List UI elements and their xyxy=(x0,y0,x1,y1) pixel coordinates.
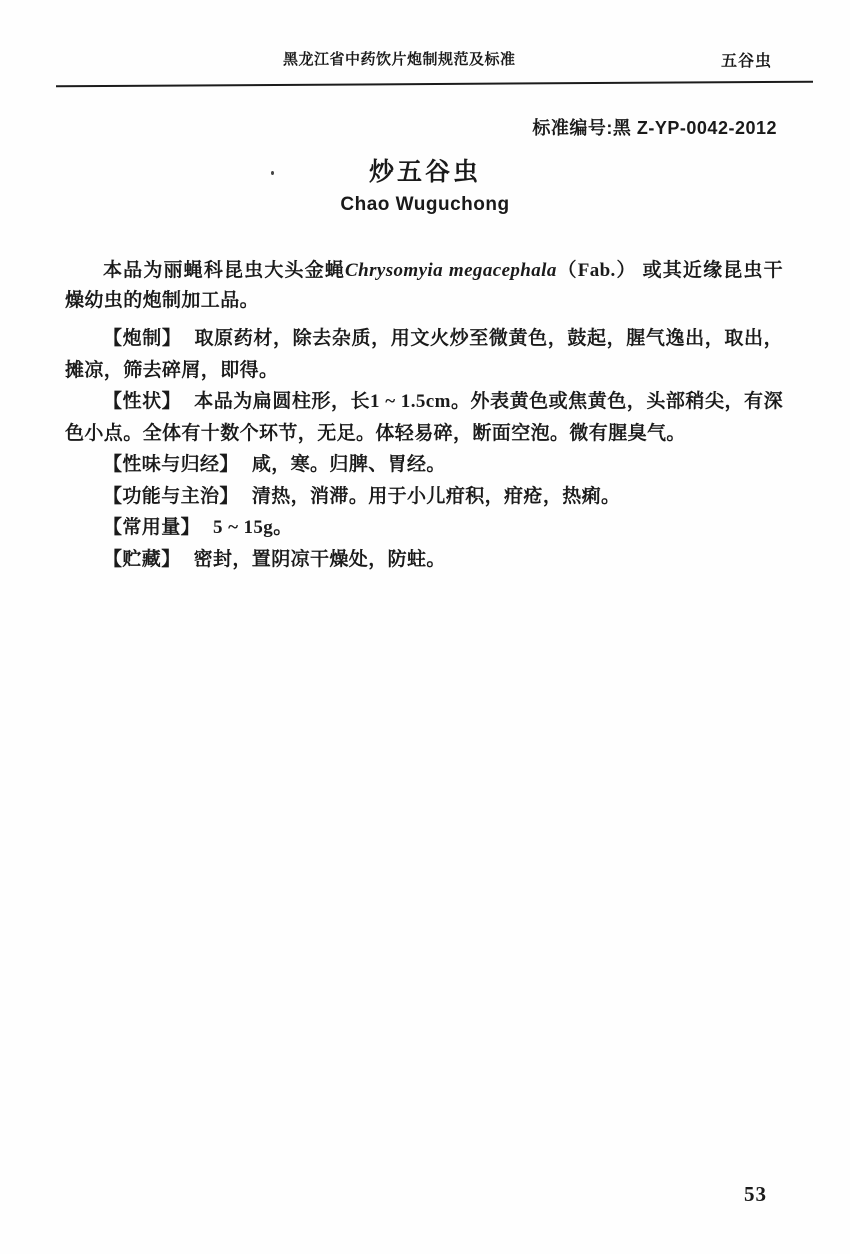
entry-label: 【贮藏】 xyxy=(103,549,181,570)
page-title: 炒五谷虫 xyxy=(0,152,850,188)
entry-label: 【常用量】 xyxy=(103,517,200,538)
entry-label: 【性味与归经】 xyxy=(103,454,239,475)
section-title: 五谷虫 xyxy=(721,48,772,71)
header-rule xyxy=(56,81,813,88)
entry-paozhi: 【炮制】取原药材，除去杂质，用文火炒至微黄色，鼓起，腥气逸出，取出，摊凉，筛去碎… xyxy=(65,323,783,386)
book-title: 黑龙江省中药饮片炮制规范及标准 xyxy=(283,48,516,69)
entry-label: 【功能与主治】 xyxy=(103,486,239,507)
entry-text: 清热，消滞。用于小儿疳积，疳疮，热痢。 xyxy=(252,486,621,507)
entry-text: 密封，置阴凉干燥处，防蛀。 xyxy=(194,549,446,570)
page-number: 53 xyxy=(744,1182,767,1207)
entry-zhucang: 【贮藏】密封，置阴凉干燥处，防蛀。 xyxy=(65,544,783,576)
entry-label: 【炮制】 xyxy=(103,328,182,349)
standard-number: 标准编号:黑 Z-YP-0042-2012 xyxy=(532,114,777,140)
entry-list: 【炮制】取原药材，除去杂质，用文火炒至微黄色，鼓起，腥气逸出，取出，摊凉，筛去碎… xyxy=(65,323,783,575)
entry-gongneng-zhuzhi: 【功能与主治】清热，消滞。用于小儿疳积，疳疮，热痢。 xyxy=(65,481,783,513)
document-body: 本品为丽蝇科昆虫大头金蝇Chrysomyia megacephala（Fab.）… xyxy=(65,256,783,575)
intro-text-cn1: 本品为丽蝇科昆虫大头金蝇 xyxy=(103,260,345,281)
entry-xingzhuang: 【性状】本品为扁圆柱形，长1 ~ 1.5cm。外表黄色或焦黄色，头部稍尖，有深色… xyxy=(65,386,783,449)
entry-label: 【性状】 xyxy=(103,391,181,412)
entry-text: 5 ~ 15g。 xyxy=(213,517,293,538)
entry-changyongliang: 【常用量】5 ~ 15g。 xyxy=(65,512,783,544)
page-title-pinyin: Chao Wuguchong xyxy=(0,194,850,216)
running-header: 黑龙江省中药饮片炮制规范及标准 五谷虫 xyxy=(0,48,850,70)
latin-species-name: Chrysomyia megacephala xyxy=(345,260,557,281)
entry-text: 咸，寒。归脾、胃经。 xyxy=(252,454,446,475)
entry-xingwei-guijing: 【性味与归经】咸，寒。归脾、胃经。 xyxy=(65,449,783,481)
intro-paragraph: 本品为丽蝇科昆虫大头金蝇Chrysomyia megacephala（Fab.）… xyxy=(65,256,783,316)
document-page: 黑龙江省中药饮片炮制规范及标准 五谷虫 标准编号:黑 Z-YP-0042-201… xyxy=(0,0,850,1254)
